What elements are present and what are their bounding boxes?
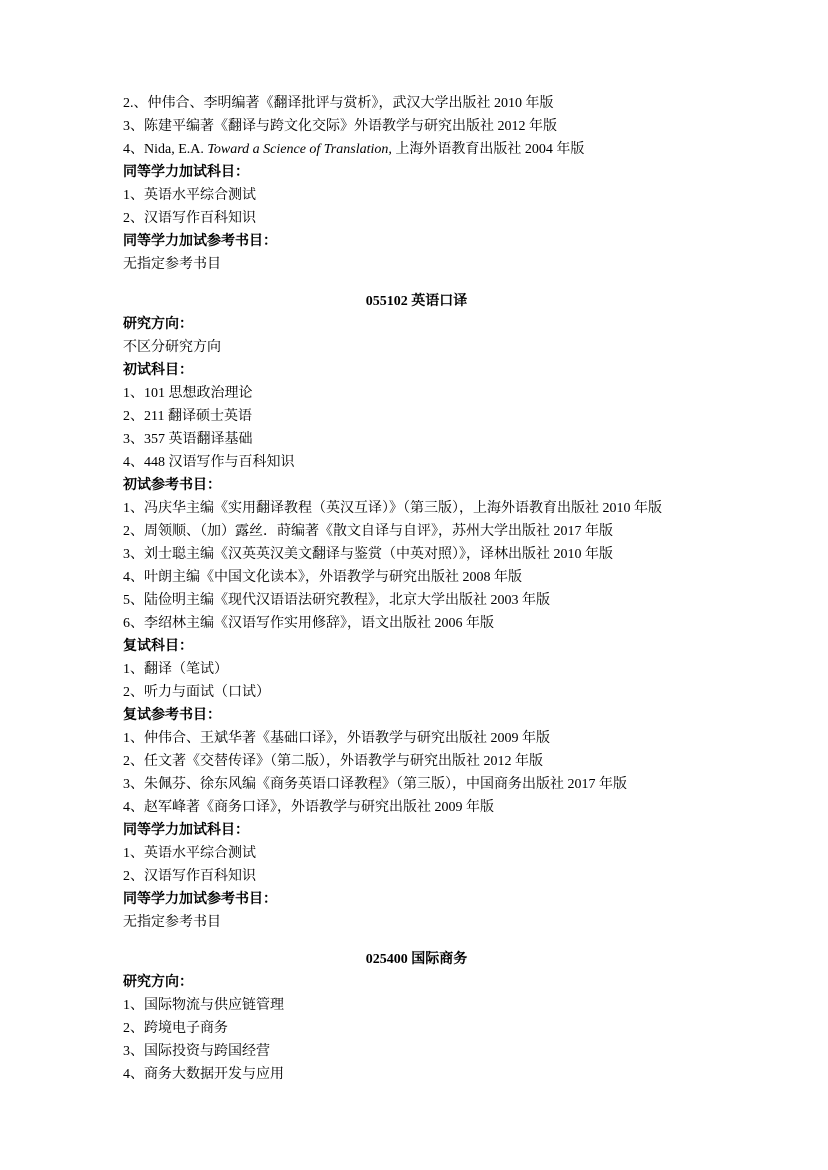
- section-spacer: [123, 276, 710, 290]
- label-addtest-subjects: 同等学力加试科目：: [123, 161, 710, 184]
- book-item-line: 4、叶朗主编《中国文化读本》，外语教学与研究出版社 2008 年版: [123, 566, 710, 589]
- book-item-line: 2、任文著《交替传译》（第二版），外语教学与研究出版社 2012 年版: [123, 750, 710, 773]
- label-addtest-subjects: 同等学力加试科目：: [123, 819, 710, 842]
- label-addtest-books: 同等学力加试参考书目：: [123, 230, 710, 253]
- label-retest-subjects: 复试科目：: [123, 635, 710, 658]
- book-item-line: 1、仲伟合、王斌华著《基础口译》，外语教学与研究出版社 2009 年版: [123, 727, 710, 750]
- list-item: 2、211 翻译硕士英语: [123, 405, 710, 428]
- section-heading-055102: 055102 英语口译: [123, 290, 710, 313]
- list-item: 2、跨境电子商务: [123, 1017, 710, 1040]
- book-item-line: 2、周领顺、（加）露丝．莳编著《散文自译与自评》，苏州大学出版社 2017 年版: [123, 520, 710, 543]
- book-item-line: 6、李绍林主编《汉语写作实用修辞》，语文出版社 2006 年版: [123, 612, 710, 635]
- list-item: 1、101 思想政治理论: [123, 382, 710, 405]
- book-item-line: 1、冯庆华主编《实用翻译教程（英汉互译）》（第三版），上海外语教育出版社 201…: [123, 497, 710, 520]
- list-item: 1、国际物流与供应链管理: [123, 994, 710, 1017]
- list-item: 4、448 汉语写作与百科知识: [123, 451, 710, 474]
- label-initial-books: 初试参考书目：: [123, 474, 710, 497]
- document-page: 2.、仲伟合、李明编著《翻译批评与赏析》，武汉大学出版社 2010 年版 3、陈…: [0, 0, 828, 1170]
- book-item-line: 5、陆俭明主编《现代汉语语法研究教程》，北京大学出版社 2003 年版: [123, 589, 710, 612]
- book-item-line: 3、陈建平编著《翻译与跨文化交际》外语教学与研究出版社 2012 年版: [123, 115, 710, 138]
- label-research-directions: 研究方向：: [123, 971, 710, 994]
- no-reference-books-note: 无指定参考书目: [123, 911, 710, 934]
- no-reference-books-note: 无指定参考书目: [123, 253, 710, 276]
- list-item: 不区分研究方向: [123, 336, 710, 359]
- label-addtest-books: 同等学力加试参考书目：: [123, 888, 710, 911]
- list-item: 3、357 英语翻译基础: [123, 428, 710, 451]
- list-item: 1、英语水平综合测试: [123, 842, 710, 865]
- section-spacer: [123, 934, 710, 948]
- list-item: 2、汉语写作百科知识: [123, 207, 710, 230]
- list-item: 2、汉语写作百科知识: [123, 865, 710, 888]
- label-initial-subjects: 初试科目：: [123, 359, 710, 382]
- book-item-line-english: 4、Nida, E.A. Toward a Science of Transla…: [123, 138, 710, 161]
- list-item: 1、英语水平综合测试: [123, 184, 710, 207]
- book-item-line: 4、赵军峰著《商务口译》，外语教学与研究出版社 2009 年版: [123, 796, 710, 819]
- book-item-line: 3、刘士聪主编《汉英英汉美文翻译与鉴赏（中英对照）》，译林出版社 2010 年版: [123, 543, 710, 566]
- book-item-line: 2.、仲伟合、李明编著《翻译批评与赏析》，武汉大学出版社 2010 年版: [123, 92, 710, 115]
- book-english-prefix: 4、Nida, E.A.: [123, 142, 207, 157]
- book-english-suffix: 上海外语教育出版社 2004 年版: [392, 142, 585, 157]
- label-research-directions: 研究方向：: [123, 313, 710, 336]
- book-item-line: 3、朱佩芬、徐东风编《商务英语口译教程》（第三版），中国商务出版社 2017 年…: [123, 773, 710, 796]
- label-retest-books: 复试参考书目：: [123, 704, 710, 727]
- book-english-italic-title: Toward a Science of Translation,: [207, 142, 391, 157]
- list-item: 4、商务大数据开发与应用: [123, 1063, 710, 1086]
- list-item: 3、国际投资与跨国经营: [123, 1040, 710, 1063]
- section-heading-025400: 025400 国际商务: [123, 948, 710, 971]
- list-item: 2、听力与面试（口试）: [123, 681, 710, 704]
- list-item: 1、翻译（笔试）: [123, 658, 710, 681]
